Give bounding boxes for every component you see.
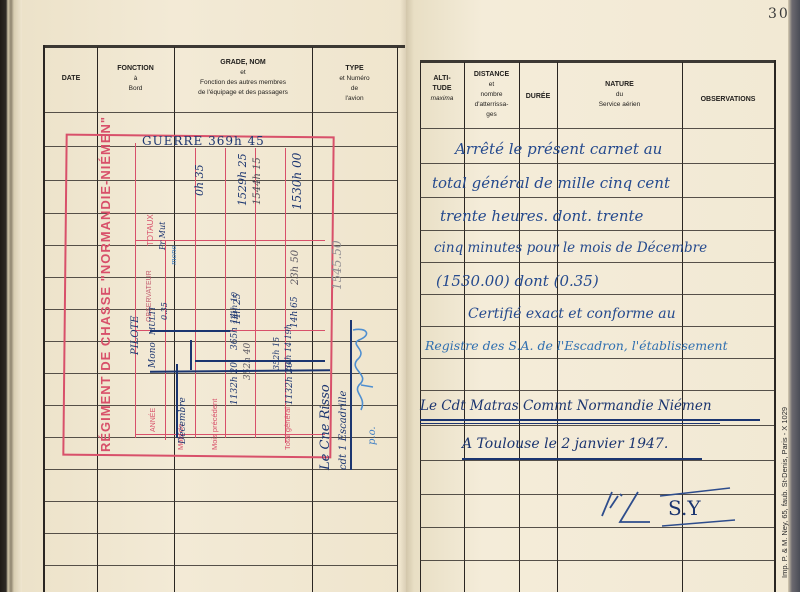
stamp-mois-precedent-label: Mois précédent: [210, 399, 219, 450]
ink-rule: [195, 360, 325, 362]
place-date-underline: [462, 458, 702, 460]
ink-rule: [190, 340, 192, 370]
page-edge: [788, 0, 800, 592]
signature-icon: [590, 478, 740, 538]
type-note-po: p.o.: [367, 426, 378, 445]
col-divider: [397, 47, 398, 592]
header-observations: OBSERVATIONS: [682, 95, 774, 105]
book-binding: [0, 0, 22, 592]
logbook-scan: 30 DATE FONCTION à Bord GRADE, NOM: [0, 0, 800, 592]
stamp-totaux-precedent: 1529h 25: [236, 153, 249, 206]
stamp-pilote-label: PILOTE: [130, 316, 141, 356]
cert-line-7: Registre des S.A. de l'Escadron, l'établ…: [425, 338, 728, 353]
stamp-multi-mois: 0.35: [160, 302, 169, 320]
page-number: 30: [768, 6, 790, 22]
signature-scribble-icon: [347, 325, 377, 420]
stamp-totaux-label: TOTAUX: [146, 214, 155, 246]
stamp-mono-hand: mono: [170, 245, 178, 265]
type-note-cne-risso: Le Cne Risso: [318, 384, 333, 470]
row-rule: [420, 197, 774, 198]
table-top-border: [420, 60, 775, 63]
row-rule: [420, 425, 774, 426]
row-rule: [45, 533, 397, 534]
header-duree: DURÉE: [519, 92, 557, 102]
row-rule: [420, 262, 774, 263]
stamp-guerre-annotation: GUERRE 369h 45: [142, 134, 265, 148]
header-nature: NATURE du Service aérien: [557, 80, 682, 110]
stamp-totaux-general: 1530h 00: [290, 153, 304, 210]
stamp-observateur-general: 23h 50: [290, 250, 301, 285]
header-date: DATE: [45, 74, 97, 84]
cert-line-2: total général de mille cinq cent: [432, 174, 670, 192]
ink-rule: [176, 364, 178, 438]
stamp-divider: [165, 240, 166, 440]
row-rule: [420, 230, 774, 231]
cert-line-6: Certifié exact et conforme au: [468, 306, 676, 322]
stamp-pilote-general-c: 34h 14 19h: [284, 324, 293, 370]
cert-signatory: Le Cdt Matras Commt Normandie Niémen: [420, 398, 712, 414]
cert-line-1: Arrêté le présent carnet au: [455, 140, 662, 158]
header-grade-nom: GRADE, NOM et Fonction des autres membre…: [174, 58, 312, 98]
row-rule: [420, 326, 774, 327]
page-gutter: [400, 0, 414, 592]
stamp-totaux-precedent-alt: 1544h 15: [252, 157, 263, 205]
header-distance: DISTANCE et nombre d'atterrissa- ges: [464, 70, 519, 120]
stamp-pilote-general-b: 352h 15: [272, 337, 281, 370]
stamp-title: RÉGIMENT DE CHASSE "NORMANDIE-NIÉMEN": [98, 116, 113, 452]
cert-place-date: A Toulouse le 2 janvier 1947.: [462, 436, 668, 452]
header-type-avion: TYPE et Numéro de l'avion: [312, 64, 397, 104]
stamp-mois-de-handwritten: Décembre: [178, 397, 188, 444]
cert-signature: S.Y: [668, 496, 701, 520]
stamp-pilote-precedent: 1132h 20: [230, 362, 240, 405]
row-rule: [420, 560, 774, 561]
outside-stamp-annotation: 1545.50: [330, 240, 344, 290]
row-rule: [420, 390, 774, 391]
ink-rule: [150, 330, 230, 332]
col-divider: [420, 62, 421, 592]
stamp-mono: Mono: [148, 342, 158, 368]
signatory-underline: [420, 423, 720, 424]
printer-imprint: Imp. P. & M. Ney, 65, faub. St-Denis, Pa…: [780, 407, 789, 578]
cert-line-3: trente heures. dont. trente: [440, 207, 643, 225]
table-left-border: [43, 45, 45, 592]
row-rule: [420, 358, 774, 359]
stamp-divider: [135, 143, 136, 438]
signatory-underline: [420, 419, 760, 421]
row-rule: [420, 294, 774, 295]
stamp-divider: [225, 148, 226, 438]
row-rule: [45, 501, 397, 502]
table-right-border: [774, 60, 776, 592]
row-rule: [420, 163, 774, 164]
row-rule: [45, 565, 397, 566]
header-bottom-rule: [420, 128, 774, 129]
stamp-total-general-label: Total général: [283, 407, 292, 450]
stamp-annee-label: ANNÉE: [150, 408, 157, 432]
header-bottom-rule: [45, 112, 397, 113]
header-fonction: FONCTION à Bord: [97, 64, 174, 94]
stamp-totaux-mois: 0h 35: [193, 164, 206, 196]
cert-line-4: cinq minutes pour le mois de Décembre: [434, 240, 707, 256]
cert-line-5: (1530.00) dont (0.35): [436, 272, 599, 290]
header-altitude: ALTI- TUDE maxima: [420, 74, 464, 104]
stamp-divider: [135, 434, 325, 435]
row-rule: [420, 460, 774, 461]
stamp-pr-mut: Pr Mut: [158, 222, 167, 250]
stamp-pilote-mid-b: 11h 10: [230, 292, 239, 320]
